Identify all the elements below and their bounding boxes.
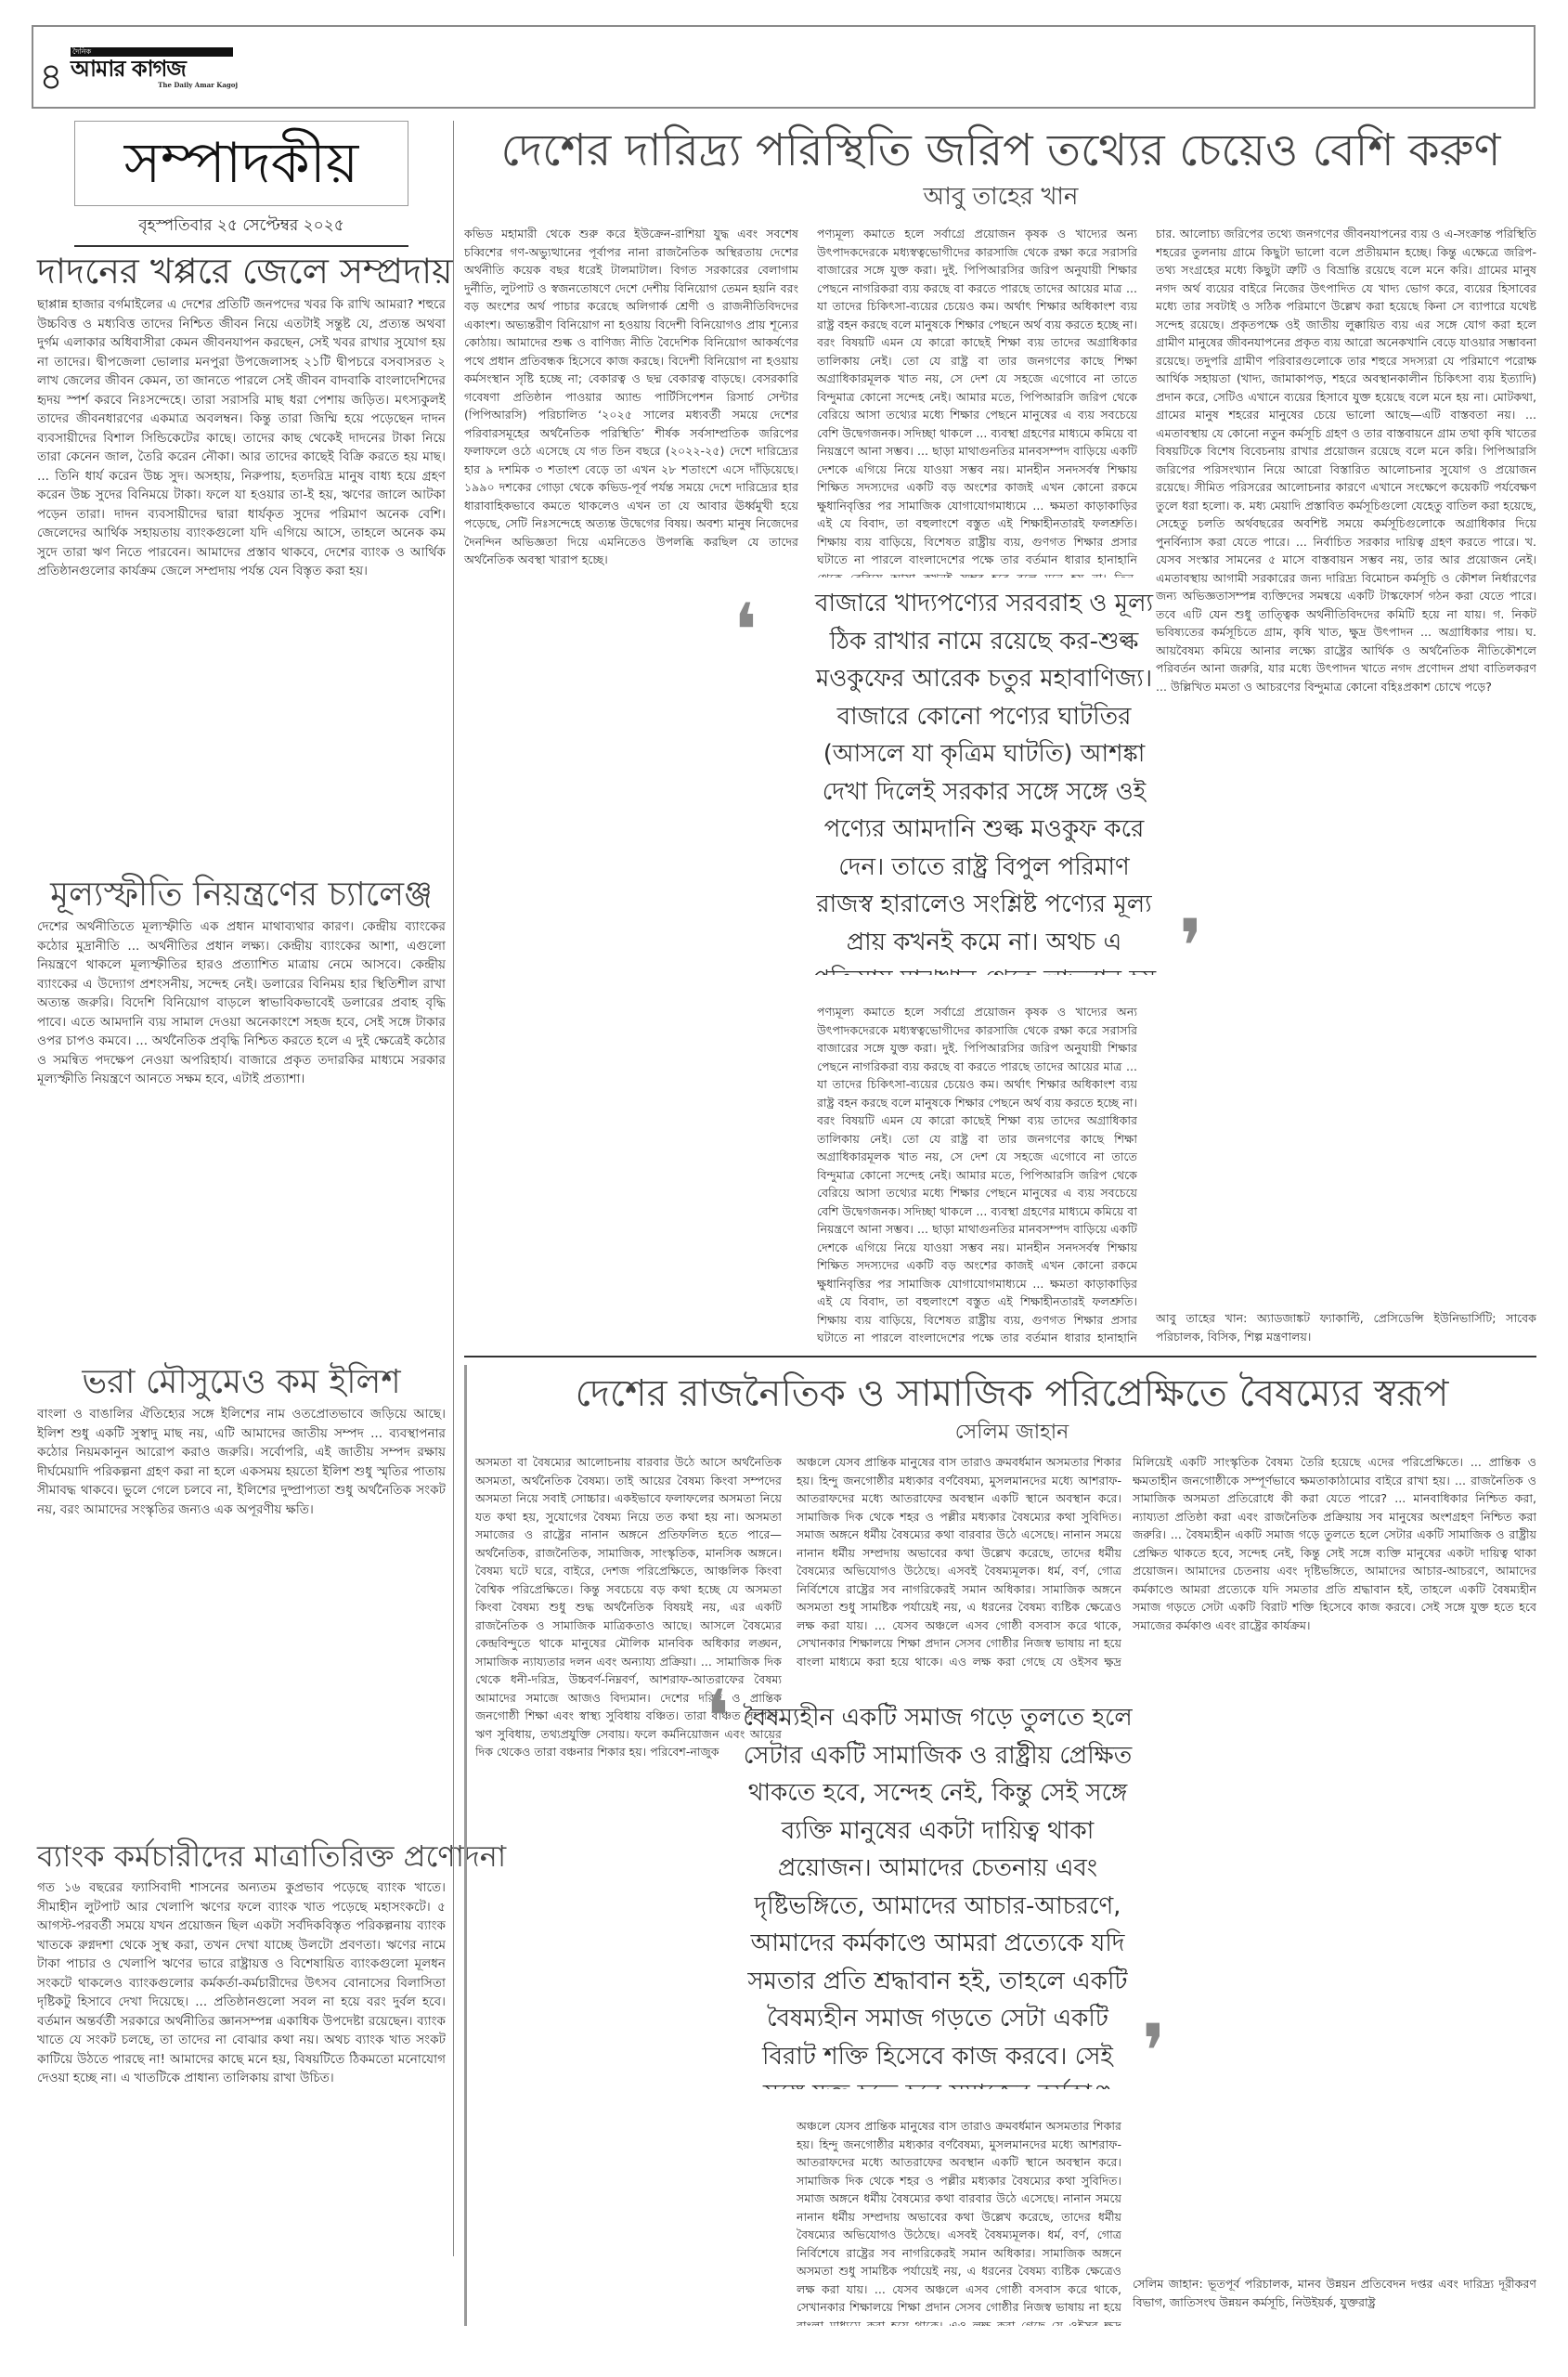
article-column: অঞ্চলে যেসব প্রান্তিক মানুষের বাস তারাও … bbox=[797, 2117, 1121, 2326]
page-number: ৪ bbox=[39, 47, 63, 110]
logo-english: The Daily Amar Kagoj bbox=[71, 81, 238, 89]
article-column: অঞ্চলে যেসব প্রান্তিক মানুষের বাস তারাও … bbox=[797, 1453, 1121, 1667]
article-column: পণ্যমূল্য কমাতে হলে সর্বাগ্রে প্রয়োজন ক… bbox=[817, 1003, 1137, 1346]
pull-quote: বাজারে খাদ্যপণ্যের সরবরাহ ও মূল্য ঠিক রা… bbox=[808, 585, 1160, 975]
article-column: অসমতা বা বৈষম্যের আলোচনায় বারবার উঠে আস… bbox=[475, 1453, 782, 2326]
divider bbox=[464, 1356, 1536, 1357]
article-headline: দেশের দারিদ্র্য পরিস্থিতি জরিপ তথ্যের চে… bbox=[462, 121, 1539, 180]
editorial-body: ছাপ্পান্ন হাজার বর্গমাইলের এ দেশের প্রতি… bbox=[37, 295, 446, 871]
article-poverty: দেশের দারিদ্র্য পরিস্থিতি জরিপ তথ্যের চে… bbox=[462, 121, 1539, 221]
editorial-headline: দাদনের খপ্পরে জেলে সম্প্রদায় bbox=[37, 249, 446, 293]
quote-open-icon: ❛ bbox=[733, 594, 758, 669]
logo-name: আমার কাগজ bbox=[71, 57, 238, 81]
pull-quote: বৈষম্যহীন একটি সমাজ গড়ে তুলতে হলে সেটার… bbox=[743, 1699, 1133, 2089]
author-bio: আবু তাহের খান: অ্যাডজাঙ্কট ফ্যাকাল্টি, প… bbox=[1156, 1309, 1536, 1346]
divider bbox=[74, 245, 408, 247]
article-author: আবু তাহের খান bbox=[462, 180, 1539, 214]
article-column: মিলিয়েই একটি সাংস্কৃতিক বৈষম্য তৈরি হয়… bbox=[1133, 1453, 1536, 2233]
article-headline: দেশের রাজনৈতিক ও সামাজিক পরিপ্রেক্ষিতে ব… bbox=[464, 1372, 1560, 1415]
editorial-headline: মূল্যস্ফীতি নিয়ন্ত্রণের চ্যালেঞ্জ bbox=[37, 875, 446, 916]
editorial-date: বৃহস্পতিবার ২৫ সেপ্টেম্বর ২০২৫ bbox=[37, 214, 446, 240]
editorial-headline: ব্যাংক কর্মচারীদের মাত্রাতিরিক্ত প্রণোদন… bbox=[37, 1836, 446, 1877]
article-column: চার. আলোচ্য জরিপের তথ্যে জনগণের জীবনযাপন… bbox=[1156, 225, 1536, 1283]
editorial-body: গত ১৬ বছরের ফ্যাসিবাদী শাসনের অন্যতম কুপ… bbox=[37, 1878, 446, 2278]
article-author: সেলিম জাহান bbox=[464, 1416, 1560, 1450]
quote-close-icon: ❜ bbox=[1179, 910, 1203, 984]
editorial-article: ভরা মৌসুমেও কম ইলিশ বাংলা ও বাঙালির ঐতিহ… bbox=[37, 1362, 446, 1832]
article-column: পণ্যমূল্য কমাতে হলে সর্বাগ্রে প্রয়োজন ক… bbox=[817, 225, 1137, 578]
editorial-body: দেশের অর্থনীতিতে মূল্যস্ফীতি এক প্রধান ম… bbox=[37, 917, 446, 1358]
editorial-article: দাদনের খপ্পরে জেলে সম্প্রদায় ছাপ্পান্ন … bbox=[37, 249, 446, 871]
section-title: সম্পাদকীয় bbox=[74, 121, 408, 206]
editorial-column: সম্পাদকীয় বৃহস্পতিবার ২৫ সেপ্টেম্বর ২০২… bbox=[37, 121, 446, 2278]
editorial-headline: ভরা মৌসুমেও কম ইলিশ bbox=[37, 1362, 446, 1403]
quote-open-icon: ❛ bbox=[706, 1681, 730, 1755]
article-frame bbox=[464, 1365, 467, 2326]
column-divider bbox=[453, 121, 454, 2256]
article-column: কভিড মহামারী থেকে শুরু করে ইউক্রেন-রাশিয… bbox=[464, 225, 798, 1339]
editorial-article: ব্যাংক কর্মচারীদের মাত্রাতিরিক্ত প্রণোদন… bbox=[37, 1836, 446, 2278]
newspaper-logo: দৈনিক আমার কাগজ The Daily Amar Kagoj bbox=[71, 47, 238, 94]
editorial-body: বাংলা ও বাঙালির ঐতিহ্যের সঙ্গে ইলিশের না… bbox=[37, 1405, 446, 1832]
page-header: ৪ দৈনিক আমার কাগজ The Daily Amar Kagoj bbox=[32, 25, 1536, 109]
editorial-article: মূল্যস্ফীতি নিয়ন্ত্রণের চ্যালেঞ্জ দেশের… bbox=[37, 875, 446, 1358]
author-bio: সেলিম জাহান: ভূতপূর্ব পরিচালক, মানব উন্ন… bbox=[1133, 2275, 1536, 2312]
quote-close-icon: ❜ bbox=[1142, 2015, 1166, 2089]
